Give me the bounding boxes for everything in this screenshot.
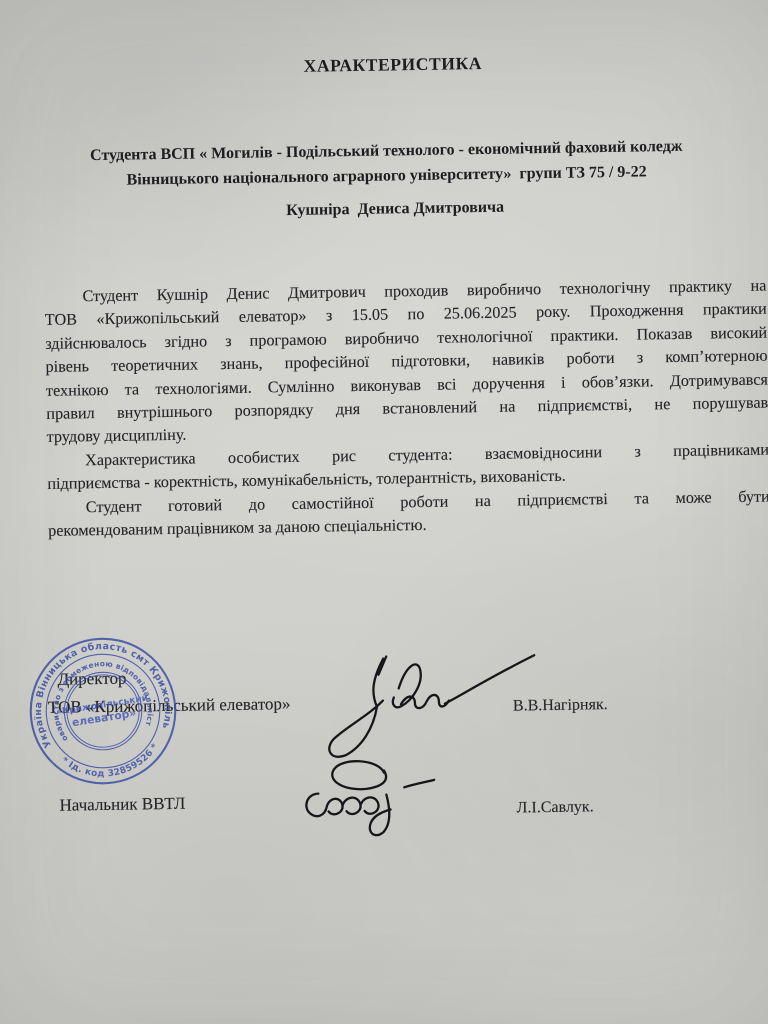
body-paragraphs: Студент Кушнір Денис Дмитрович проходив … bbox=[44, 275, 768, 544]
director-signature bbox=[320, 646, 544, 764]
student-name: Кушніра Дениса Дмитровича bbox=[27, 195, 763, 225]
subtitle-line-2: Вінницького національного аграрного унів… bbox=[126, 163, 646, 188]
document-title: ХАРАКТЕРИСТИКА bbox=[25, 49, 761, 82]
stamp-id-code-text: * Ід. код 32859526 * bbox=[58, 741, 164, 787]
document-photo: ХАРАКТЕРИСТИКА Студента ВСП « Могилів - … bbox=[0, 0, 768, 1024]
head-vvtl-signature bbox=[302, 756, 453, 848]
subtitle-line-1: Студента ВСП « Могилів - Подільський тех… bbox=[90, 138, 683, 164]
stamp-outer-ring-text: Україна Вінницька область смт Крижопіль bbox=[23, 631, 177, 750]
document-content: ХАРАКТЕРИСТИКА Студента ВСП « Могилів - … bbox=[0, 0, 768, 1024]
head-vvtl-name: Л.І.Савлук. bbox=[516, 798, 593, 817]
document-subtitle: Студента ВСП « Могилів - Подільський тех… bbox=[10, 133, 763, 195]
stamp-inner-ring-text: Товариство з обмеженою відповідальністю bbox=[5, 613, 158, 750]
company-round-stamp: Україна Вінницька область смт Крижопіль … bbox=[5, 613, 202, 810]
